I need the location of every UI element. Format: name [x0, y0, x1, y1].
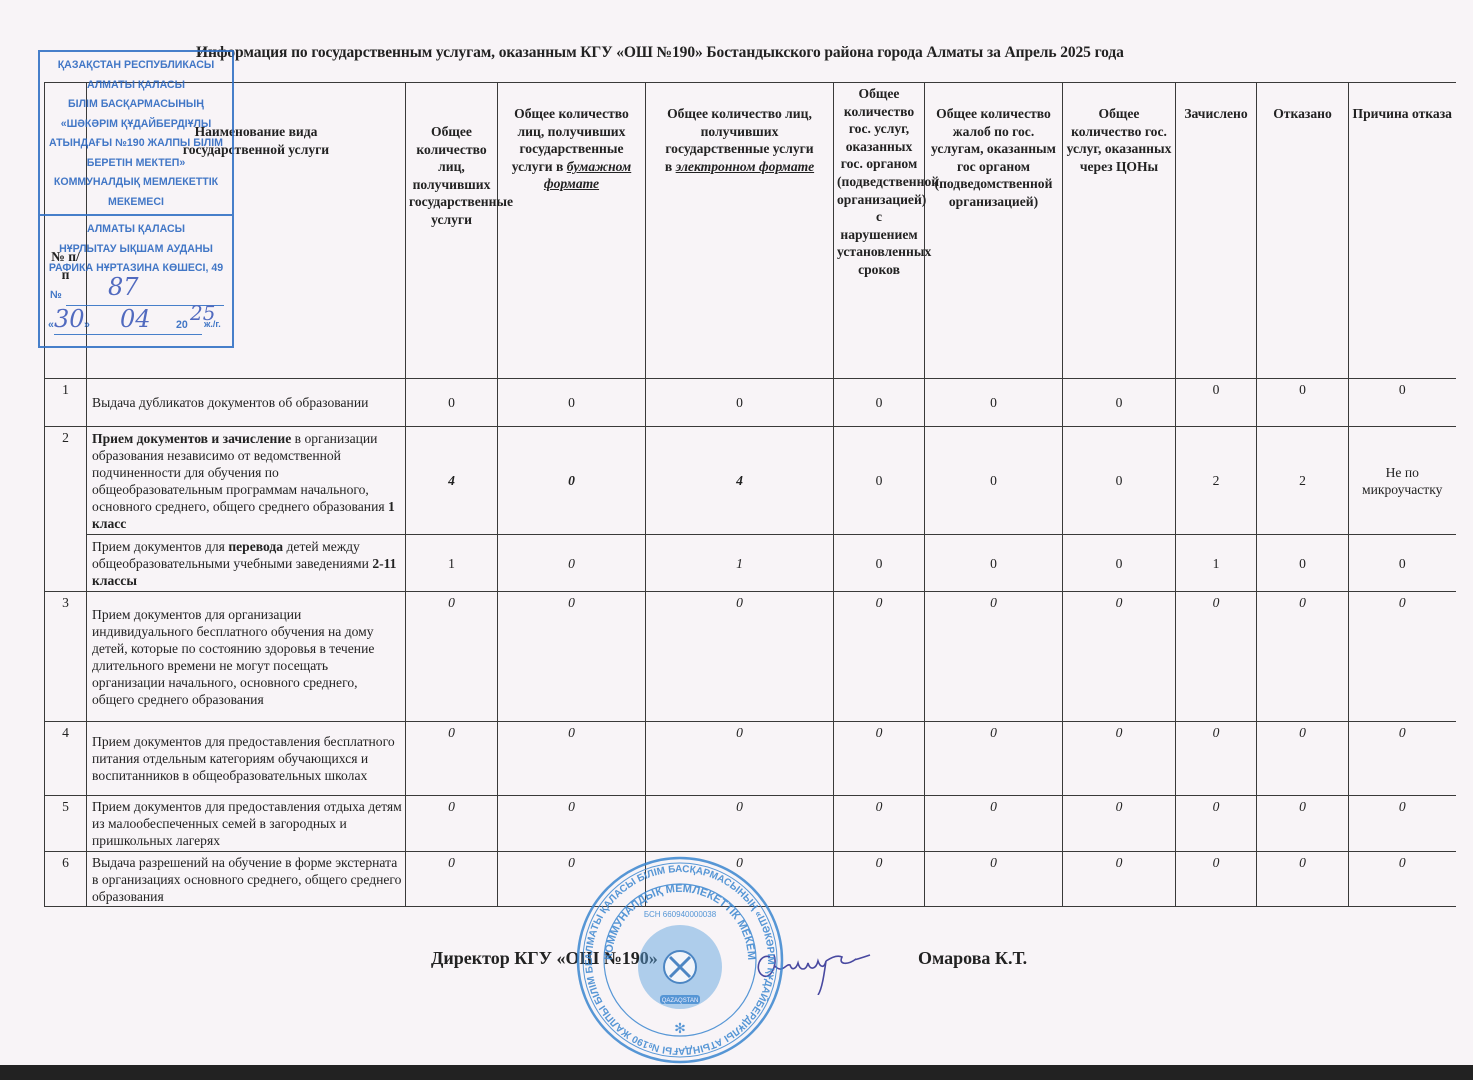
cell-complaints: 0	[925, 379, 1063, 427]
cell-refused: 2	[1257, 427, 1349, 535]
row-number	[45, 535, 87, 592]
stamp-date-day: 30	[54, 305, 85, 333]
cell-total: 1	[406, 535, 498, 592]
cell-violations: 0	[834, 535, 925, 592]
cell-violations: 0	[834, 592, 925, 722]
cell-refused: 0	[1257, 796, 1349, 852]
cell-refused: 0	[1257, 592, 1349, 722]
cell-reason: 0	[1349, 592, 1456, 722]
cell-tson: 0	[1063, 722, 1176, 796]
cell-violations: 0	[834, 852, 925, 907]
header-enrolled: Зачислено	[1176, 83, 1257, 379]
cell-reason: 0	[1349, 852, 1456, 907]
table-row: 5Прием документов для предоставления отд…	[45, 796, 1456, 852]
cell-reason: 0	[1349, 722, 1456, 796]
cell-tson: 0	[1063, 427, 1176, 535]
svg-text:QAZAQSTAN: QAZAQSTAN	[662, 998, 699, 1004]
cell-enrolled: 2	[1176, 427, 1257, 535]
row-number: 1	[45, 379, 87, 427]
service-name: Прием документов для предоставления отды…	[87, 796, 406, 852]
cell-total: 4	[406, 427, 498, 535]
stamp-address-line: НҰРЛЫТАУ ЫҚШАМ АУДАНЫ	[40, 240, 232, 260]
service-name: Прием документов и зачисление в организа…	[87, 427, 406, 535]
stamp-line: АЛМАТЫ ҚАЛАСЫ	[40, 76, 232, 96]
service-name-part: Прием документов для предоставления отды…	[92, 799, 402, 848]
header-complaints: Общее количество жалоб по гос. услугам, …	[925, 83, 1063, 379]
cell-enrolled: 0	[1176, 592, 1257, 722]
seal-bin: БСН 660940000038	[644, 910, 717, 919]
table-row: 3Прием документов для организации индиви…	[45, 592, 1456, 722]
cell-complaints: 0	[925, 427, 1063, 535]
cell-reason: 0	[1349, 796, 1456, 852]
cell-violations: 0	[834, 722, 925, 796]
service-name-part: Прием документов и зачисление	[92, 431, 291, 446]
cell-complaints: 0	[925, 852, 1063, 907]
cell-reason: 0	[1349, 535, 1456, 592]
cell-complaints: 0	[925, 592, 1063, 722]
cell-reason: Не по микроучастку	[1349, 427, 1456, 535]
row-number: 6	[45, 852, 87, 907]
cell-violations: 0	[834, 796, 925, 852]
registration-stamp: ҚАЗАҚСТАН РЕСПУБЛИКАСЫАЛМАТЫ ҚАЛАСЫБІЛІМ…	[38, 50, 234, 348]
cell-refused: 0	[1257, 535, 1349, 592]
cell-electronic: 1	[646, 535, 834, 592]
header-violations: Общее количество гос. услуг, оказанных г…	[834, 83, 925, 379]
cell-tson: 0	[1063, 796, 1176, 852]
cell-enrolled: 1	[1176, 535, 1257, 592]
stamp-line: МЕКЕМЕСІ	[40, 193, 232, 213]
cell-total: 0	[406, 796, 498, 852]
header-tson: Общее количество гос. услуг, оказанных ч…	[1063, 83, 1176, 379]
service-name-part: Выдача разрешений на обучение в форме эк…	[92, 855, 401, 904]
service-name: Прием документов для перевода детей межд…	[87, 535, 406, 592]
service-name: Прием документов для организации индивид…	[87, 592, 406, 722]
cell-complaints: 0	[925, 535, 1063, 592]
cell-tson: 0	[1063, 379, 1176, 427]
svg-text:✻: ✻	[674, 1022, 686, 1037]
cell-electronic: 0	[646, 592, 834, 722]
cell-paper: 0	[498, 796, 646, 852]
cell-total: 0	[406, 722, 498, 796]
cell-enrolled: 0	[1176, 796, 1257, 852]
stamp-number-value: 87	[108, 273, 139, 301]
table-body: 1Выдача дубликатов документов об образов…	[45, 379, 1456, 907]
cell-tson: 0	[1063, 535, 1176, 592]
stamp-date-year-prefix: 20	[176, 319, 188, 331]
table-row: 1Выдача дубликатов документов об образов…	[45, 379, 1456, 427]
service-name: Прием документов для предоставления бесп…	[87, 722, 406, 796]
cell-enrolled: 0	[1176, 852, 1257, 907]
service-name: Выдача дубликатов документов об образова…	[87, 379, 406, 427]
service-name: Выдача разрешений на обучение в форме эк…	[87, 852, 406, 907]
cell-paper: 0	[498, 592, 646, 722]
cell-refused: 0	[1257, 379, 1349, 427]
service-name-part: Прием документов для предоставления бесп…	[92, 734, 395, 783]
cell-reason: 0	[1349, 379, 1456, 427]
cell-paper: 0	[498, 535, 646, 592]
stamp-line: БІЛІМ БАСҚАРМАСЫНЫҢ	[40, 95, 232, 115]
row-number: 2	[45, 427, 87, 535]
service-name-part: перевода	[228, 539, 283, 554]
row-number: 4	[45, 722, 87, 796]
header-electronic: Общее количество лиц, получивших государ…	[646, 83, 834, 379]
cell-enrolled: 0	[1176, 379, 1257, 427]
cell-enrolled: 0	[1176, 722, 1257, 796]
cell-paper: 0	[498, 379, 646, 427]
stamp-line: БЕРЕТІН МЕКТЕП»	[40, 154, 232, 174]
stamp-date-suffix: ж./г.	[204, 319, 221, 329]
cell-electronic: 0	[646, 722, 834, 796]
service-name-part: Выдача дубликатов документов об образова…	[92, 395, 368, 410]
header-paper: Общее количество лиц, получивших государ…	[498, 83, 646, 379]
services-table: № п/п Наименование вида государственной …	[44, 82, 1456, 907]
cell-paper: 0	[498, 722, 646, 796]
cell-electronic: 4	[646, 427, 834, 535]
official-round-seal: АЛМАТЫ ҚАЛАСЫ БІЛІМ БАСҚАРМАСЫНЫҢ «ШӘКӘР…	[575, 855, 785, 1065]
cell-tson: 0	[1063, 852, 1176, 907]
kazakhstan-emblem-icon: QAZAQSTAN	[638, 925, 722, 1009]
stamp-line: «ШӘКӘРІМ ҚҰДАЙБЕРДІҰЛЫ	[40, 115, 232, 135]
stamp-number-label: №	[50, 289, 62, 301]
header-row: № п/п Наименование вида государственной …	[45, 83, 1456, 379]
service-name-part: Прием документов для	[92, 539, 228, 554]
header-total: Общее количество лиц, получивших государ…	[406, 83, 498, 379]
table-row: Прием документов для перевода детей межд…	[45, 535, 1456, 592]
table-row: 2Прием документов и зачисление в организ…	[45, 427, 1456, 535]
row-number: 3	[45, 592, 87, 722]
stamp-date-month: 04	[120, 305, 151, 333]
cell-refused: 0	[1257, 722, 1349, 796]
stamp-address-line: АЛМАТЫ ҚАЛАСЫ	[40, 220, 232, 240]
cell-total: 0	[406, 852, 498, 907]
document-title: Информация по государственным услугам, о…	[196, 44, 1124, 62]
cell-total: 0	[406, 592, 498, 722]
cell-violations: 0	[834, 427, 925, 535]
cell-tson: 0	[1063, 592, 1176, 722]
cell-paper: 0	[498, 427, 646, 535]
service-name-part: Прием документов для организации индивид…	[92, 607, 374, 707]
cell-complaints: 0	[925, 796, 1063, 852]
scan-bottom-edge	[0, 1065, 1473, 1080]
table-row: 4Прием документов для предоставления бес…	[45, 722, 1456, 796]
stamp-line: АТЫНДАҒЫ №190 ЖАЛПЫ БІЛІМ	[40, 134, 232, 154]
cell-electronic: 0	[646, 379, 834, 427]
header-reason: Причина отказа	[1349, 83, 1456, 379]
stamp-line: КОММУНАЛДЫҚ МЕМЛЕКЕТТІК	[40, 173, 232, 193]
director-name: Омарова К.Т.	[918, 948, 1027, 969]
cell-violations: 0	[834, 379, 925, 427]
stamp-line: ҚАЗАҚСТАН РЕСПУБЛИКАСЫ	[40, 56, 232, 76]
cell-total: 0	[406, 379, 498, 427]
cell-complaints: 0	[925, 722, 1063, 796]
cell-electronic: 0	[646, 796, 834, 852]
row-number: 5	[45, 796, 87, 852]
header-refused: Отказано	[1257, 83, 1349, 379]
cell-refused: 0	[1257, 852, 1349, 907]
